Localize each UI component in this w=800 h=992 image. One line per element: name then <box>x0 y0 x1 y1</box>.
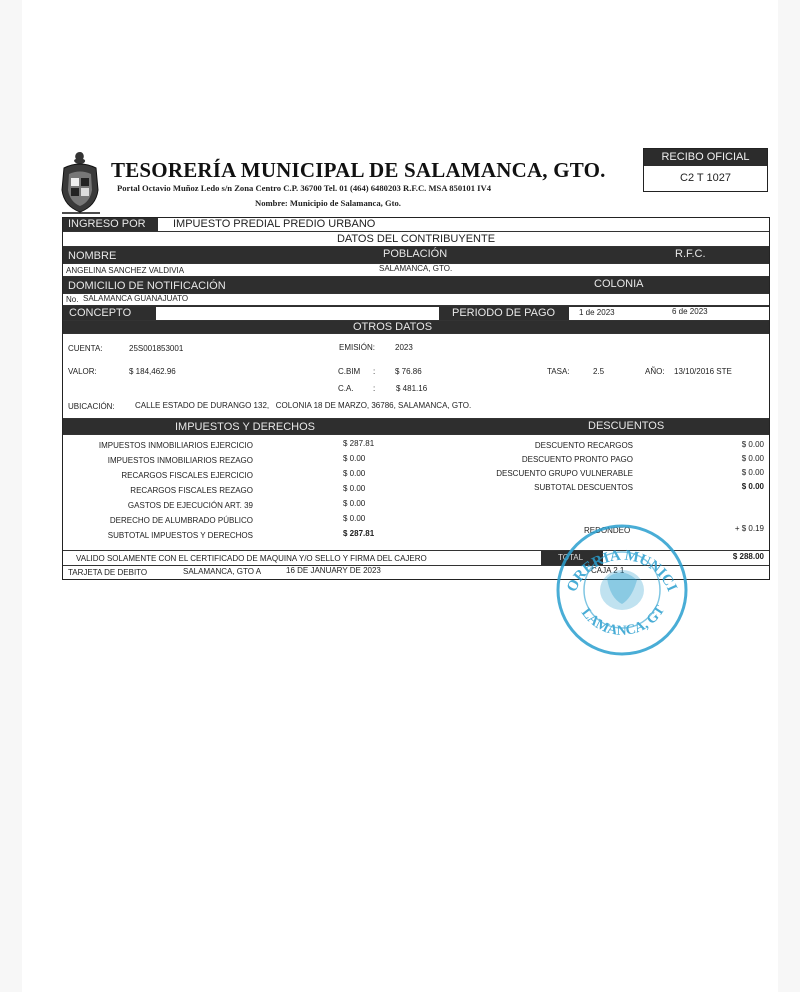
ca-colon: : <box>373 384 375 393</box>
concepto-label: CONCEPTO <box>69 307 131 319</box>
descuento-label: SUBTOTAL DESCUENTOS <box>443 483 633 492</box>
total-value: $ 288.00 <box>683 552 764 561</box>
tasa-value: 2.5 <box>593 367 604 376</box>
ubicacion-value: CALLE ESTADO DE DURANGO 132, COLONIA 18 … <box>135 401 471 410</box>
cbim-label: C.BIM <box>338 367 360 376</box>
fecha: 16 DE JANUARY DE 2023 <box>286 566 381 575</box>
forma-pago: TARJETA DE DEBITO <box>68 568 147 577</box>
impuesto-amount: $ 0.00 <box>343 499 365 508</box>
impuesto-label: SUBTOTAL IMPUESTOS Y DERECHOS <box>63 531 253 540</box>
concepto-value-box <box>156 307 439 320</box>
cuenta-label: CUENTA: <box>68 344 103 353</box>
descuento-amount: $ 0.00 <box>703 454 764 463</box>
ca-label: C.A. <box>338 384 354 393</box>
ubicacion-label: UBICACIÓN: <box>68 402 115 411</box>
domicilio-label: DOMICILIO DE NOTIFICACIÓN <box>68 280 226 292</box>
no-label: No. <box>66 295 78 304</box>
rfc-label: R.F.C. <box>675 248 706 260</box>
ingreso-label: INGRESO POR <box>63 218 158 231</box>
poblacion-value: SALAMANCA, GTO. <box>379 264 452 273</box>
otros-datos-header: OTROS DATOS <box>63 321 769 334</box>
impuestos-descuentos-header: IMPUESTOS Y DERECHOS DESCUENTOS <box>63 419 769 435</box>
periodo-label: PERIODO DE PAGO <box>452 307 555 319</box>
contribuyente-title-row: DATOS DEL CONTRIBUYENTE <box>63 232 769 247</box>
impuesto-label: IMPUESTOS INMOBILIARIOS EJERCICIO <box>63 441 253 450</box>
header-nombre: Nombre: Municipio de Salamanca, Gto. <box>255 198 401 208</box>
caja: CAJA 2 1 <box>591 566 624 575</box>
nombre-value-row: ANGELINA SANCHEZ VALDIVIA SALAMANCA, GTO… <box>63 264 769 277</box>
impuesto-amount: $ 0.00 <box>343 469 365 478</box>
nombre-label: NOMBRE <box>68 250 116 262</box>
periodo-value-box: 1 de 2023 6 de 2023 <box>569 307 769 320</box>
impuestos-title: IMPUESTOS Y DERECHOS <box>175 421 315 433</box>
cuenta-value: 25S001853001 <box>129 344 183 353</box>
impuesto-label: GASTOS DE EJECUCIÓN ART. 39 <box>63 501 253 510</box>
valor-label: VALOR: <box>68 367 97 376</box>
validez-row: VALIDO SOLAMENTE CON EL CERTIFICADO DE M… <box>63 551 769 566</box>
descuento-amount: $ 0.00 <box>703 440 764 449</box>
descuento-label: DESCUENTO PRONTO PAGO <box>443 455 633 464</box>
total-label: TOTAL <box>558 553 583 562</box>
emision-value: 2023 <box>395 343 413 352</box>
valor-value: $ 184,462.96 <box>129 367 176 376</box>
otros-datos-body: CUENTA: 25S001853001 EMISIÓN: 2023 VALOR… <box>63 334 769 419</box>
ingreso-row: INGRESO POR IMPUESTO PREDIAL PREDIO URBA… <box>63 218 769 232</box>
impuesto-amount: $ 0.00 <box>343 484 365 493</box>
impuesto-amount: $ 287.81 <box>343 529 374 538</box>
impuesto-amount: $ 287.81 <box>343 439 374 448</box>
redondeo-value: + $ 0.19 <box>703 524 764 533</box>
concepto-row: CONCEPTO PERIODO DE PAGO 1 de 2023 6 de … <box>63 306 769 321</box>
lugar: SALAMANCA, GTO A <box>183 567 261 576</box>
colonia-label: COLONIA <box>594 278 644 290</box>
pago-row: TARJETA DE DEBITO SALAMANCA, GTO A 16 DE… <box>63 566 769 579</box>
impuesto-label: IMPUESTOS INMOBILIARIOS REZAGO <box>63 456 253 465</box>
periodo-desde: 1 de 2023 <box>579 308 615 317</box>
cbim-colon: : <box>373 367 375 376</box>
redondeo-label: REDONDEO <box>584 526 630 535</box>
domicilio-value-row: No. SALAMANCA GUANAJUATO <box>63 294 769 306</box>
descuentos-title: DESCUENTOS <box>588 420 664 432</box>
descuento-label: DESCUENTO GRUPO VULNERABLE <box>443 469 633 478</box>
ca-value: $ 481.16 <box>396 384 427 393</box>
periodo-hasta: 6 de 2023 <box>672 307 708 316</box>
validez-text: VALIDO SOLAMENTE CON EL CERTIFICADO DE M… <box>76 554 427 563</box>
ingreso-value: IMPUESTO PREDIAL PREDIO URBANO <box>173 218 375 231</box>
impuesto-amount: $ 0.00 <box>343 454 365 463</box>
cbim-value: $ 76.86 <box>395 367 422 376</box>
nombre-value: ANGELINA SANCHEZ VALDIVIA <box>66 266 184 275</box>
otros-datos-title: OTROS DATOS <box>353 321 432 334</box>
impuesto-label: DERECHO DE ALUMBRADO PÚBLICO <box>63 516 253 525</box>
domicilio-value: SALAMANCA GUANAJUATO <box>83 294 188 303</box>
anio-label: AÑO: <box>645 367 665 376</box>
impuesto-label: RECARGOS FISCALES REZAGO <box>63 486 253 495</box>
recibo-number: C2 T 1027 <box>644 166 767 190</box>
anio-value: 13/10/2016 STE <box>674 367 732 376</box>
domicilio-header-row: DOMICILIO DE NOTIFICACIÓN COLONIA <box>63 277 769 294</box>
emision-label: EMISIÓN: <box>339 343 375 352</box>
impuesto-label: RECARGOS FISCALES EJERCICIO <box>63 471 253 480</box>
impuestos-descuentos-body: IMPUESTOS INMOBILIARIOS EJERCICIO$ 287.8… <box>63 435 769 551</box>
recibo-label: RECIBO OFICIAL <box>644 149 767 166</box>
header-address: Portal Octavio Muñoz Ledo s/n Zona Centr… <box>117 183 491 193</box>
receipt-form: INGRESO POR IMPUESTO PREDIAL PREDIO URBA… <box>62 217 770 580</box>
poblacion-label: POBLACIÓN <box>383 248 447 260</box>
nombre-header-row: NOMBRE POBLACIÓN R.F.C. <box>63 247 769 264</box>
descuento-label: DESCUENTO RECARGOS <box>443 441 633 450</box>
municipal-crest-icon <box>58 150 102 214</box>
page-title: TESORERÍA MUNICIPAL DE SALAMANCA, GTO. <box>111 158 606 183</box>
total-label-box: TOTAL <box>541 551 603 565</box>
recibo-oficial-box: RECIBO OFICIAL C2 T 1027 <box>643 148 768 192</box>
impuesto-amount: $ 0.00 <box>343 514 365 523</box>
descuento-amount: $ 0.00 <box>703 482 764 491</box>
contribuyente-title: DATOS DEL CONTRIBUYENTE <box>63 233 769 246</box>
tasa-label: TASA: <box>547 367 570 376</box>
descuento-amount: $ 0.00 <box>703 468 764 477</box>
